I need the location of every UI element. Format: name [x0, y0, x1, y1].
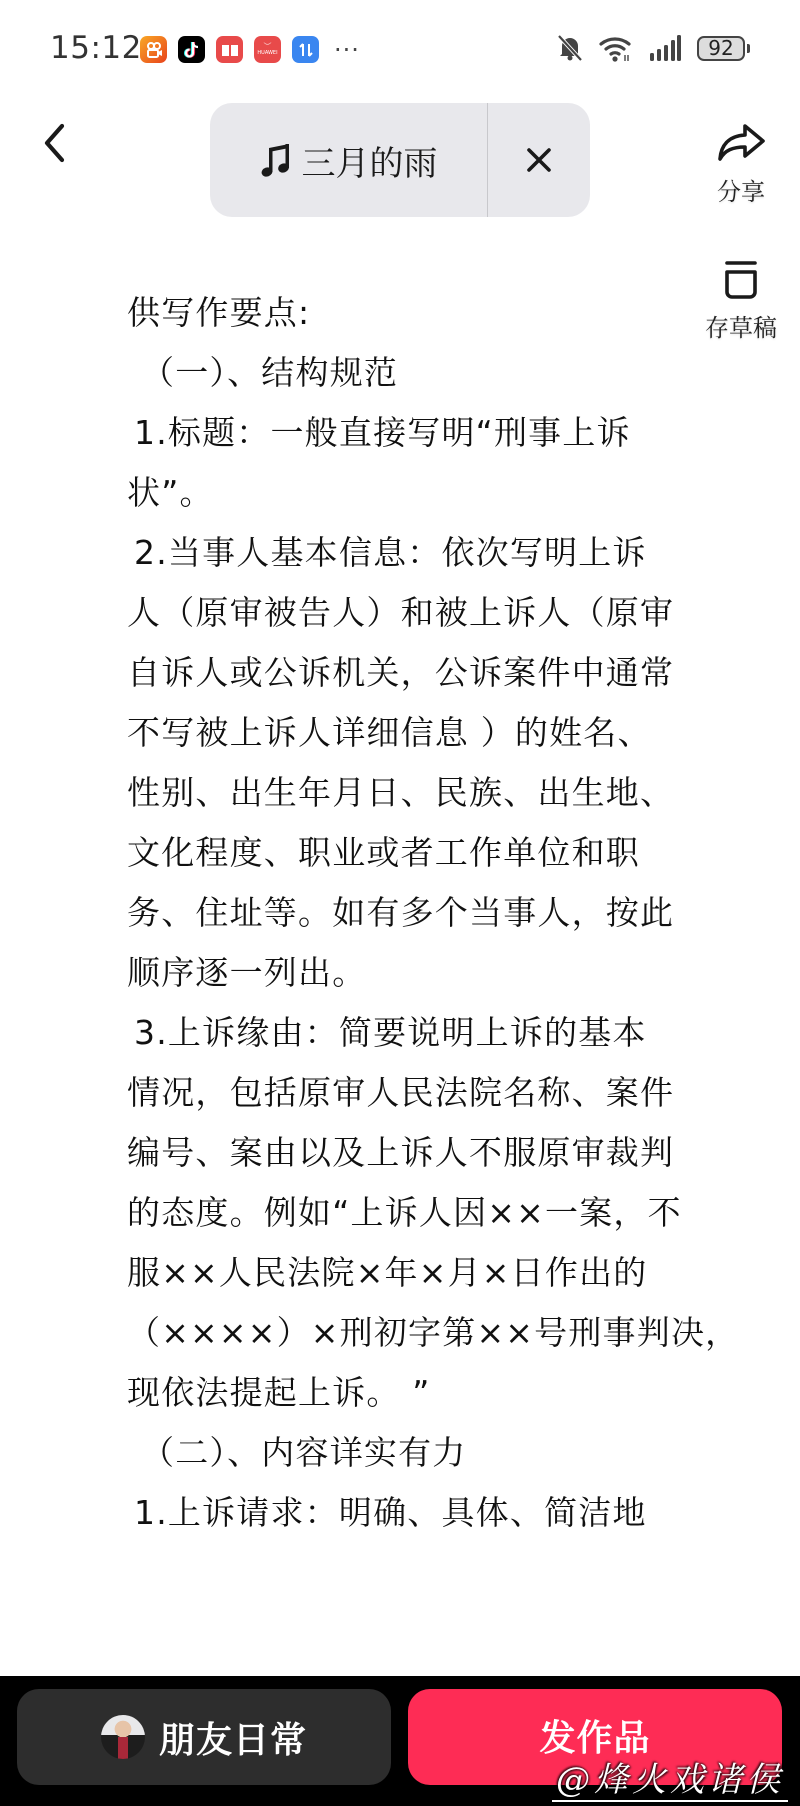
text-line: （××××）×刑初字第××号刑事判决， [127, 1303, 687, 1363]
text-line: 编号、案由以及上诉人不服原审裁判 [127, 1123, 687, 1183]
huawei-appgallery-icon: ︶HUAWEI [254, 36, 281, 63]
share-button[interactable]: 分享 [696, 122, 786, 207]
avatar [101, 1715, 145, 1759]
text-line: 文化程度、职业或者工作单位和职 [127, 823, 687, 883]
friends-daily-label: 朋友日常 [159, 1712, 307, 1763]
text-line: 2.当事人基本信息：依次写明上诉 [127, 523, 687, 583]
transfer-icon [292, 36, 319, 63]
text-line: 1.上诉请求：明确、具体、简洁地 [127, 1483, 687, 1543]
text-line: 顺序逐一列出。 [127, 943, 687, 1003]
text-line: （一）、结构规范 [127, 343, 687, 403]
text-line: 状”。 [127, 463, 687, 523]
system-status-icons: 92 [557, 34, 750, 62]
draft-box-icon [721, 258, 761, 302]
share-label: 分享 [717, 172, 765, 207]
notification-app-icons: ︶HUAWEI ··· [140, 36, 360, 63]
share-arrow-icon [715, 122, 767, 166]
music-note-icon [260, 142, 292, 178]
chevron-left-icon [38, 120, 74, 166]
more-notifications-icon: ··· [334, 40, 360, 60]
save-draft-button[interactable]: 存草稿 [696, 258, 786, 343]
tiktok-icon [178, 36, 205, 63]
music-select-button[interactable]: 三月的雨 [210, 103, 487, 217]
text-line: 的态度。例如“上诉人因××一案，不 [127, 1183, 687, 1243]
battery-tip [747, 44, 750, 53]
mute-bell-icon [557, 34, 583, 62]
text-line: 不写被上诉人详细信息 ）的姓名、 [127, 703, 687, 763]
signal-icon [649, 34, 681, 62]
bottom-action-bar: 朋友日常 发作品 @烽火戏诸侯 [0, 1676, 800, 1806]
text-line: 务、住址等。如有多个当事人，按此 [127, 883, 687, 943]
battery-level: 92 [697, 36, 745, 61]
music-selector: 三月的雨 [210, 103, 590, 217]
text-line: 现依法提起上诉。 ” [127, 1363, 687, 1423]
text-line: 自诉人或公诉机关，公诉案件中通常 [127, 643, 687, 703]
text-line: 性别、出生年月日、民族、出生地、 [127, 763, 687, 823]
music-title: 三月的雨 [302, 136, 438, 185]
watermark: @烽火戏诸侯 [552, 1760, 788, 1802]
text-line: 1.标题：一般直接写明“刑事上诉 [127, 403, 687, 463]
post-text-editor[interactable]: 供写作要点: （一）、结构规范 1.标题：一般直接写明“刑事上诉 状”。 2.当… [127, 283, 687, 1543]
remove-music-button[interactable] [488, 103, 590, 217]
save-draft-label: 存草稿 [705, 308, 777, 343]
text-line: 人（原审被告人）和被上诉人（原审 [127, 583, 687, 643]
publish-label: 发作品 [539, 1710, 650, 1761]
status-bar: 15:12 ︶HUAWEI ··· 92 [0, 0, 800, 100]
text-line: 供写作要点: [127, 283, 687, 343]
friends-daily-button[interactable]: 朋友日常 [17, 1689, 391, 1785]
text-line: 服××人民法院×年×月×日作出的 [127, 1243, 687, 1303]
back-button[interactable] [38, 120, 74, 166]
text-line: （二）、内容详实有力 [127, 1423, 687, 1483]
text-line: 情况，包括原审人民法院名称、案件 [127, 1063, 687, 1123]
close-icon [526, 147, 552, 173]
kuaishou-icon [140, 36, 167, 63]
wifi-icon [599, 34, 633, 62]
status-time: 15:12 [50, 30, 142, 66]
battery-indicator: 92 [697, 36, 750, 61]
text-line: 3.上诉缘由：简要说明上诉的基本 [127, 1003, 687, 1063]
books-icon [216, 36, 243, 63]
